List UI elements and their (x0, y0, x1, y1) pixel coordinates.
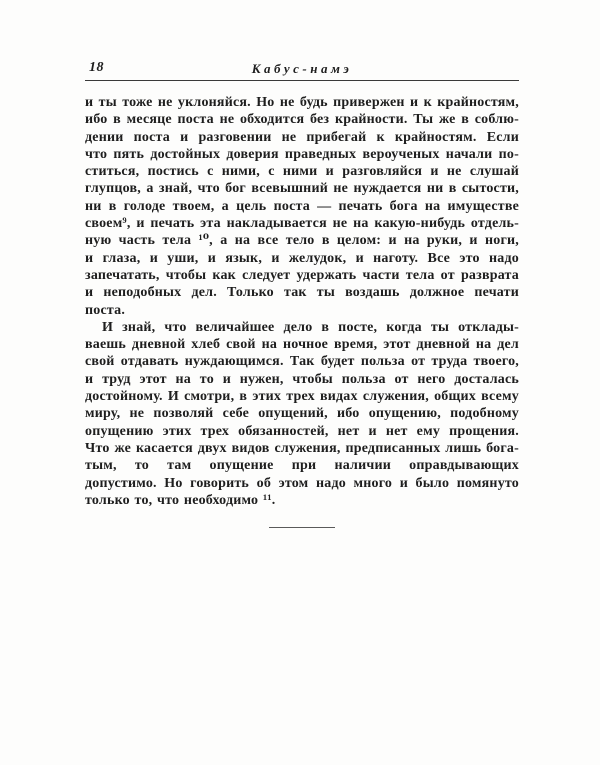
text-line: и неподобных дел. Только так ты воздашь … (85, 284, 519, 301)
header-rule (85, 80, 519, 81)
text-line: своем⁹, и печать эта накладывается не на… (85, 215, 519, 232)
running-title: Кабус-намэ (85, 61, 519, 77)
text-line: миру, не позволяй себе опущений, ибо опу… (85, 405, 519, 422)
text-line: глупцов, а знай, что бог всевышний не ну… (85, 180, 519, 197)
section-divider (269, 527, 335, 528)
text-line: дении поста и разговении не прибегай к к… (85, 129, 519, 146)
text-line: тым, то там опущение при наличии оправды… (85, 457, 519, 474)
text-line: И знай, что величайшее дело в посте, ког… (85, 319, 519, 336)
text-line: достойному. И смотри, в этих трех видах … (85, 388, 519, 405)
text-line: ибо в месяце поста не обходится без край… (85, 111, 519, 128)
running-head: 18 Кабус-намэ (85, 60, 519, 80)
text-line: ститься, постись с ними, с ними и разгов… (85, 163, 519, 180)
text-line: свой отдавать нуждающимся. Так будет пол… (85, 353, 519, 370)
text-line: Что же касается двух видов служения, пре… (85, 440, 519, 457)
text-line: опущению этих трех обязанностей, нет и н… (85, 423, 519, 440)
text-line: поста. (85, 302, 519, 319)
text-line: только то, что необходимо ¹¹. (85, 492, 519, 509)
text-line: ваешь дневной хлеб свой на ночное время,… (85, 336, 519, 353)
text-line: что пять достойных доверия праведных вер… (85, 146, 519, 163)
book-page: 18 Кабус-намэ и ты тоже не уклоняйся. Но… (85, 0, 519, 765)
body-text: и ты тоже не уклоняйся. Но не будь приве… (85, 94, 519, 509)
text-line: запечатать, чтобы как следует удержать ч… (85, 267, 519, 284)
text-line: ни в голоде твоем, а цель поста — печать… (85, 198, 519, 215)
text-line: допустимо. Но говорить об этом надо мног… (85, 475, 519, 492)
text-line: и ты тоже не уклоняйся. Но не будь приве… (85, 94, 519, 111)
text-line: и глаза, и уши, и язык, и желудок, и наг… (85, 250, 519, 267)
text-line: и труд этот на то и нужен, чтобы польза … (85, 371, 519, 388)
text-line: ную часть тела ¹⁰, а на все тело в целом… (85, 232, 519, 249)
